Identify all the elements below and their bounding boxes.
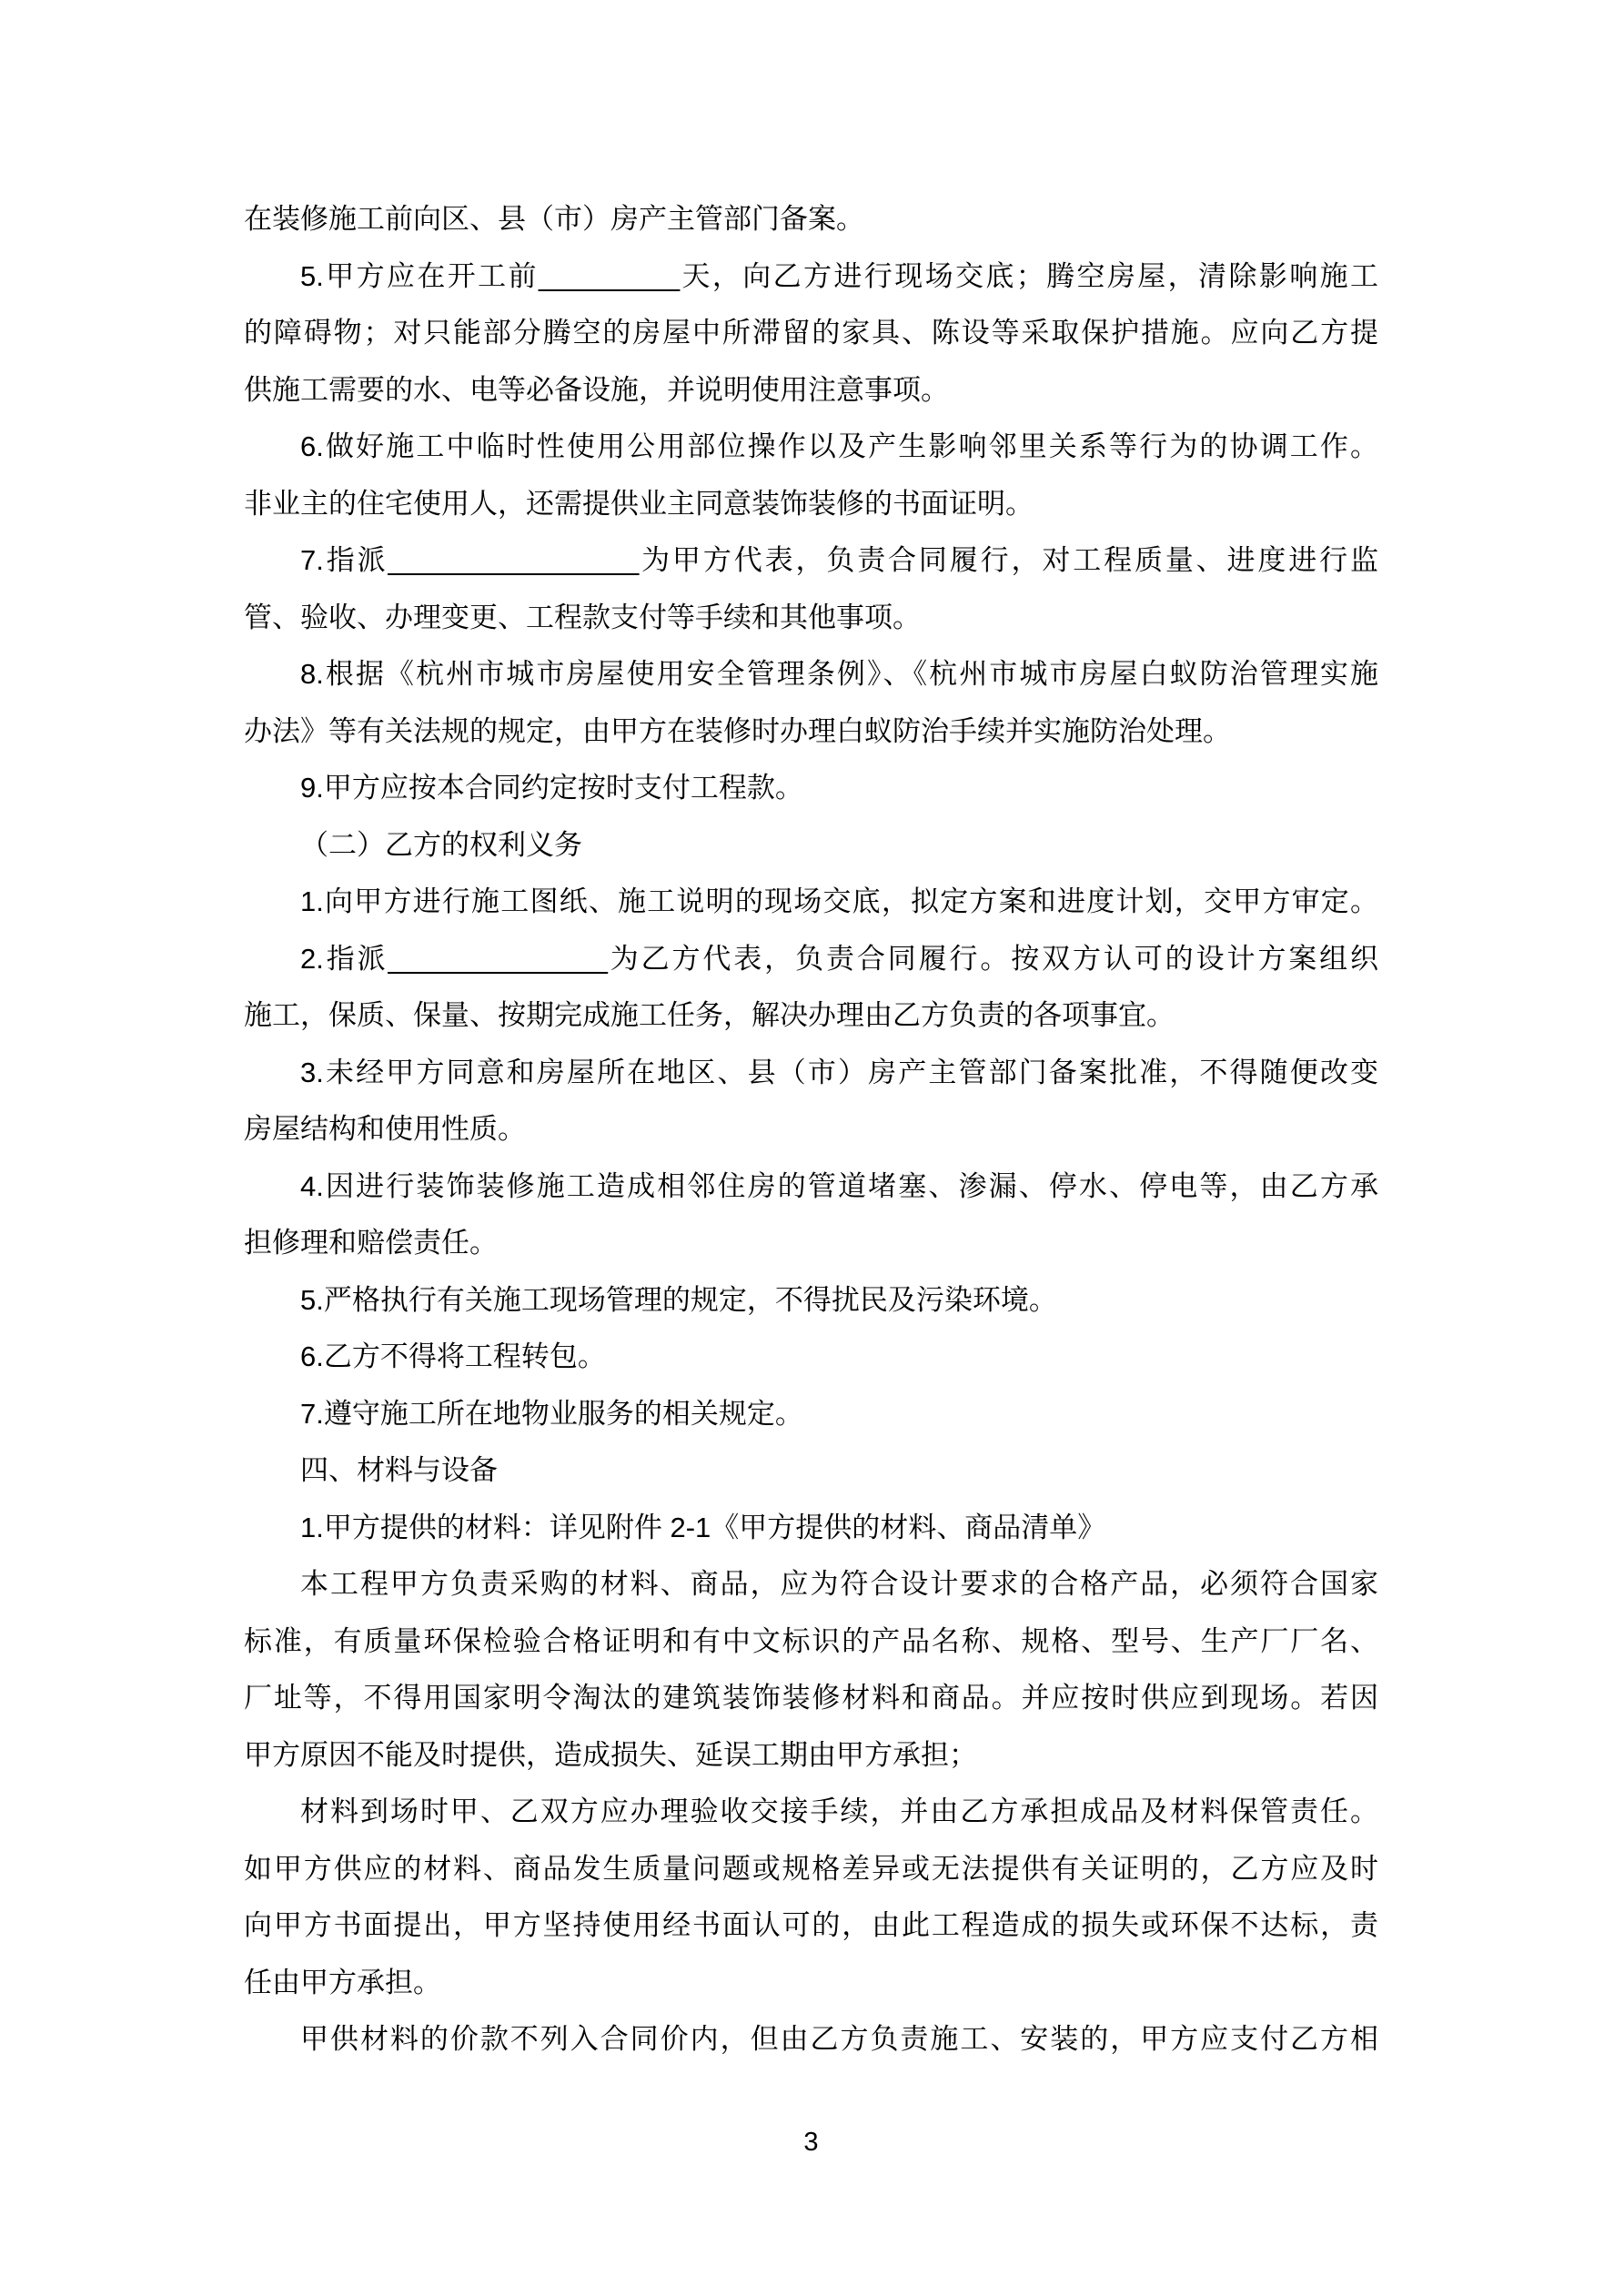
text-line: 2.指派______________为乙方代表，负责合同履行。按双方认可的设计方… <box>244 931 1378 988</box>
text-line: 标准，有质量环保检验合格证明和有中文标识的产品名称、规格、型号、生产厂厂名、 <box>244 1613 1378 1671</box>
paragraph: 四、材料与设备 <box>244 1442 1378 1500</box>
paragraph: 4.因进行装饰装修施工造成相邻住房的管道堵塞、渗漏、停水、停电等，由乙方承担修理… <box>244 1158 1378 1272</box>
text-line: 向甲方书面提出，甲方坚持使用经书面认可的，由此工程造成的损失或环保不达标，责 <box>244 1897 1378 1955</box>
text-line: 施工，保质、保量、按期完成施工任务，解决办理由乙方负责的各项事宜。 <box>244 987 1378 1045</box>
paragraph: 6.乙方不得将工程转包。 <box>244 1329 1378 1386</box>
text-line: 任由甲方承担。 <box>244 1955 1378 2012</box>
paragraph: 材料到场时甲、乙双方应办理验收交接手续，并由乙方承担成品及材料保管责任。如甲方供… <box>244 1784 1378 2011</box>
paragraph: 3.未经甲方同意和房屋所在地区、县（市）房产主管部门备案批准，不得随便改变房屋结… <box>244 1045 1378 1158</box>
text-line: 担修理和赔偿责任。 <box>244 1215 1378 1272</box>
text-line: 材料到场时甲、乙双方应办理验收交接手续，并由乙方承担成品及材料保管责任。 <box>244 1784 1378 1841</box>
text-line: 3.未经甲方同意和房屋所在地区、县（市）房产主管部门备案批准，不得随便改变 <box>244 1045 1378 1102</box>
paragraph: 本工程甲方负责采购的材料、商品，应为符合设计要求的合格产品，必须符合国家标准，有… <box>244 1556 1378 1784</box>
text-line: 6.做好施工中临时性使用公用部位操作以及产生影响邻里关系等行为的协调工作。 <box>244 419 1378 476</box>
text-line: 如甲方供应的材料、商品发生质量问题或规格差异或无法提供有关证明的，乙方应及时 <box>244 1841 1378 1898</box>
text-line: 的障碍物；对只能部分腾空的房屋中所滞留的家具、陈设等采取保护措施。应向乙方提 <box>244 305 1378 362</box>
text-line: 供施工需要的水、电等必备设施，并说明使用注意事项。 <box>244 362 1378 420</box>
document-body: 在装修施工前向区、县（市）房产主管部门备案。5.甲方应在开工前_________… <box>244 191 1378 2068</box>
text-line: 5.严格执行有关施工现场管理的规定，不得扰民及污染环境。 <box>244 1272 1378 1330</box>
text-line: 6.乙方不得将工程转包。 <box>244 1329 1378 1386</box>
text-line: 1.甲方提供的材料：详见附件 2-1《甲方提供的材料、商品清单》 <box>244 1500 1378 1557</box>
paragraph: 5.严格执行有关施工现场管理的规定，不得扰民及污染环境。 <box>244 1272 1378 1330</box>
page-number: 3 <box>244 2122 1378 2162</box>
text-line: 甲方原因不能及时提供，造成损失、延误工期由甲方承担； <box>244 1727 1378 1785</box>
paragraph: （二）乙方的权利义务 <box>244 817 1378 875</box>
paragraph: 8.根据《杭州市城市房屋使用安全管理条例》、《杭州市城市房屋白蚁防治管理实施办法… <box>244 646 1378 760</box>
text-line: 厂址等，不得用国家明令淘汰的建筑装饰装修材料和商品。并应按时供应到现场。若因 <box>244 1670 1378 1727</box>
text-line: 办法》等有关法规的规定，由甲方在装修时办理白蚁防治手续并实施防治处理。 <box>244 703 1378 761</box>
paragraph: 甲供材料的价款不列入合同价内，但由乙方负责施工、安装的，甲方应支付乙方相 <box>244 2011 1378 2068</box>
paragraph: 在装修施工前向区、县（市）房产主管部门备案。 <box>244 191 1378 248</box>
text-line: （二）乙方的权利义务 <box>244 817 1378 875</box>
paragraph: 5.甲方应在开工前_________天，向乙方进行现场交底；腾空房屋，清除影响施… <box>244 248 1378 420</box>
paragraph: 7.遵守施工所在地物业服务的相关规定。 <box>244 1386 1378 1443</box>
text-line: 非业主的住宅使用人，还需提供业主同意装饰装修的书面证明。 <box>244 476 1378 533</box>
text-line: 1.向甲方进行施工图纸、施工说明的现场交底，拟定方案和进度计划，交甲方审定。 <box>244 874 1378 931</box>
text-line: 本工程甲方负责采购的材料、商品，应为符合设计要求的合格产品，必须符合国家 <box>244 1556 1378 1613</box>
paragraph: 1.向甲方进行施工图纸、施工说明的现场交底，拟定方案和进度计划，交甲方审定。 <box>244 874 1378 931</box>
text-line: 9.甲方应按本合同约定按时支付工程款。 <box>244 760 1378 817</box>
text-line: 在装修施工前向区、县（市）房产主管部门备案。 <box>244 191 1378 248</box>
paragraph: 9.甲方应按本合同约定按时支付工程款。 <box>244 760 1378 817</box>
paragraph: 6.做好施工中临时性使用公用部位操作以及产生影响邻里关系等行为的协调工作。非业主… <box>244 419 1378 532</box>
text-line: 四、材料与设备 <box>244 1442 1378 1500</box>
text-line: 房屋结构和使用性质。 <box>244 1101 1378 1158</box>
text-line: 7.指派________________为甲方代表，负责合同履行，对工程质量、进… <box>244 532 1378 590</box>
text-line: 甲供材料的价款不列入合同价内，但由乙方负责施工、安装的，甲方应支付乙方相 <box>244 2011 1378 2068</box>
paragraph: 1.甲方提供的材料：详见附件 2-1《甲方提供的材料、商品清单》 <box>244 1500 1378 1557</box>
text-line: 5.甲方应在开工前_________天，向乙方进行现场交底；腾空房屋，清除影响施… <box>244 248 1378 306</box>
contract-page: 在装修施工前向区、县（市）房产主管部门备案。5.甲方应在开工前_________… <box>0 0 1624 2296</box>
text-line: 8.根据《杭州市城市房屋使用安全管理条例》、《杭州市城市房屋白蚁防治管理实施 <box>244 646 1378 703</box>
paragraph: 2.指派______________为乙方代表，负责合同履行。按双方认可的设计方… <box>244 931 1378 1045</box>
text-line: 7.遵守施工所在地物业服务的相关规定。 <box>244 1386 1378 1443</box>
paragraph: 7.指派________________为甲方代表，负责合同履行，对工程质量、进… <box>244 532 1378 646</box>
text-line: 管、验收、办理变更、工程款支付等手续和其他事项。 <box>244 590 1378 647</box>
text-line: 4.因进行装饰装修施工造成相邻住房的管道堵塞、渗漏、停水、停电等，由乙方承 <box>244 1158 1378 1216</box>
